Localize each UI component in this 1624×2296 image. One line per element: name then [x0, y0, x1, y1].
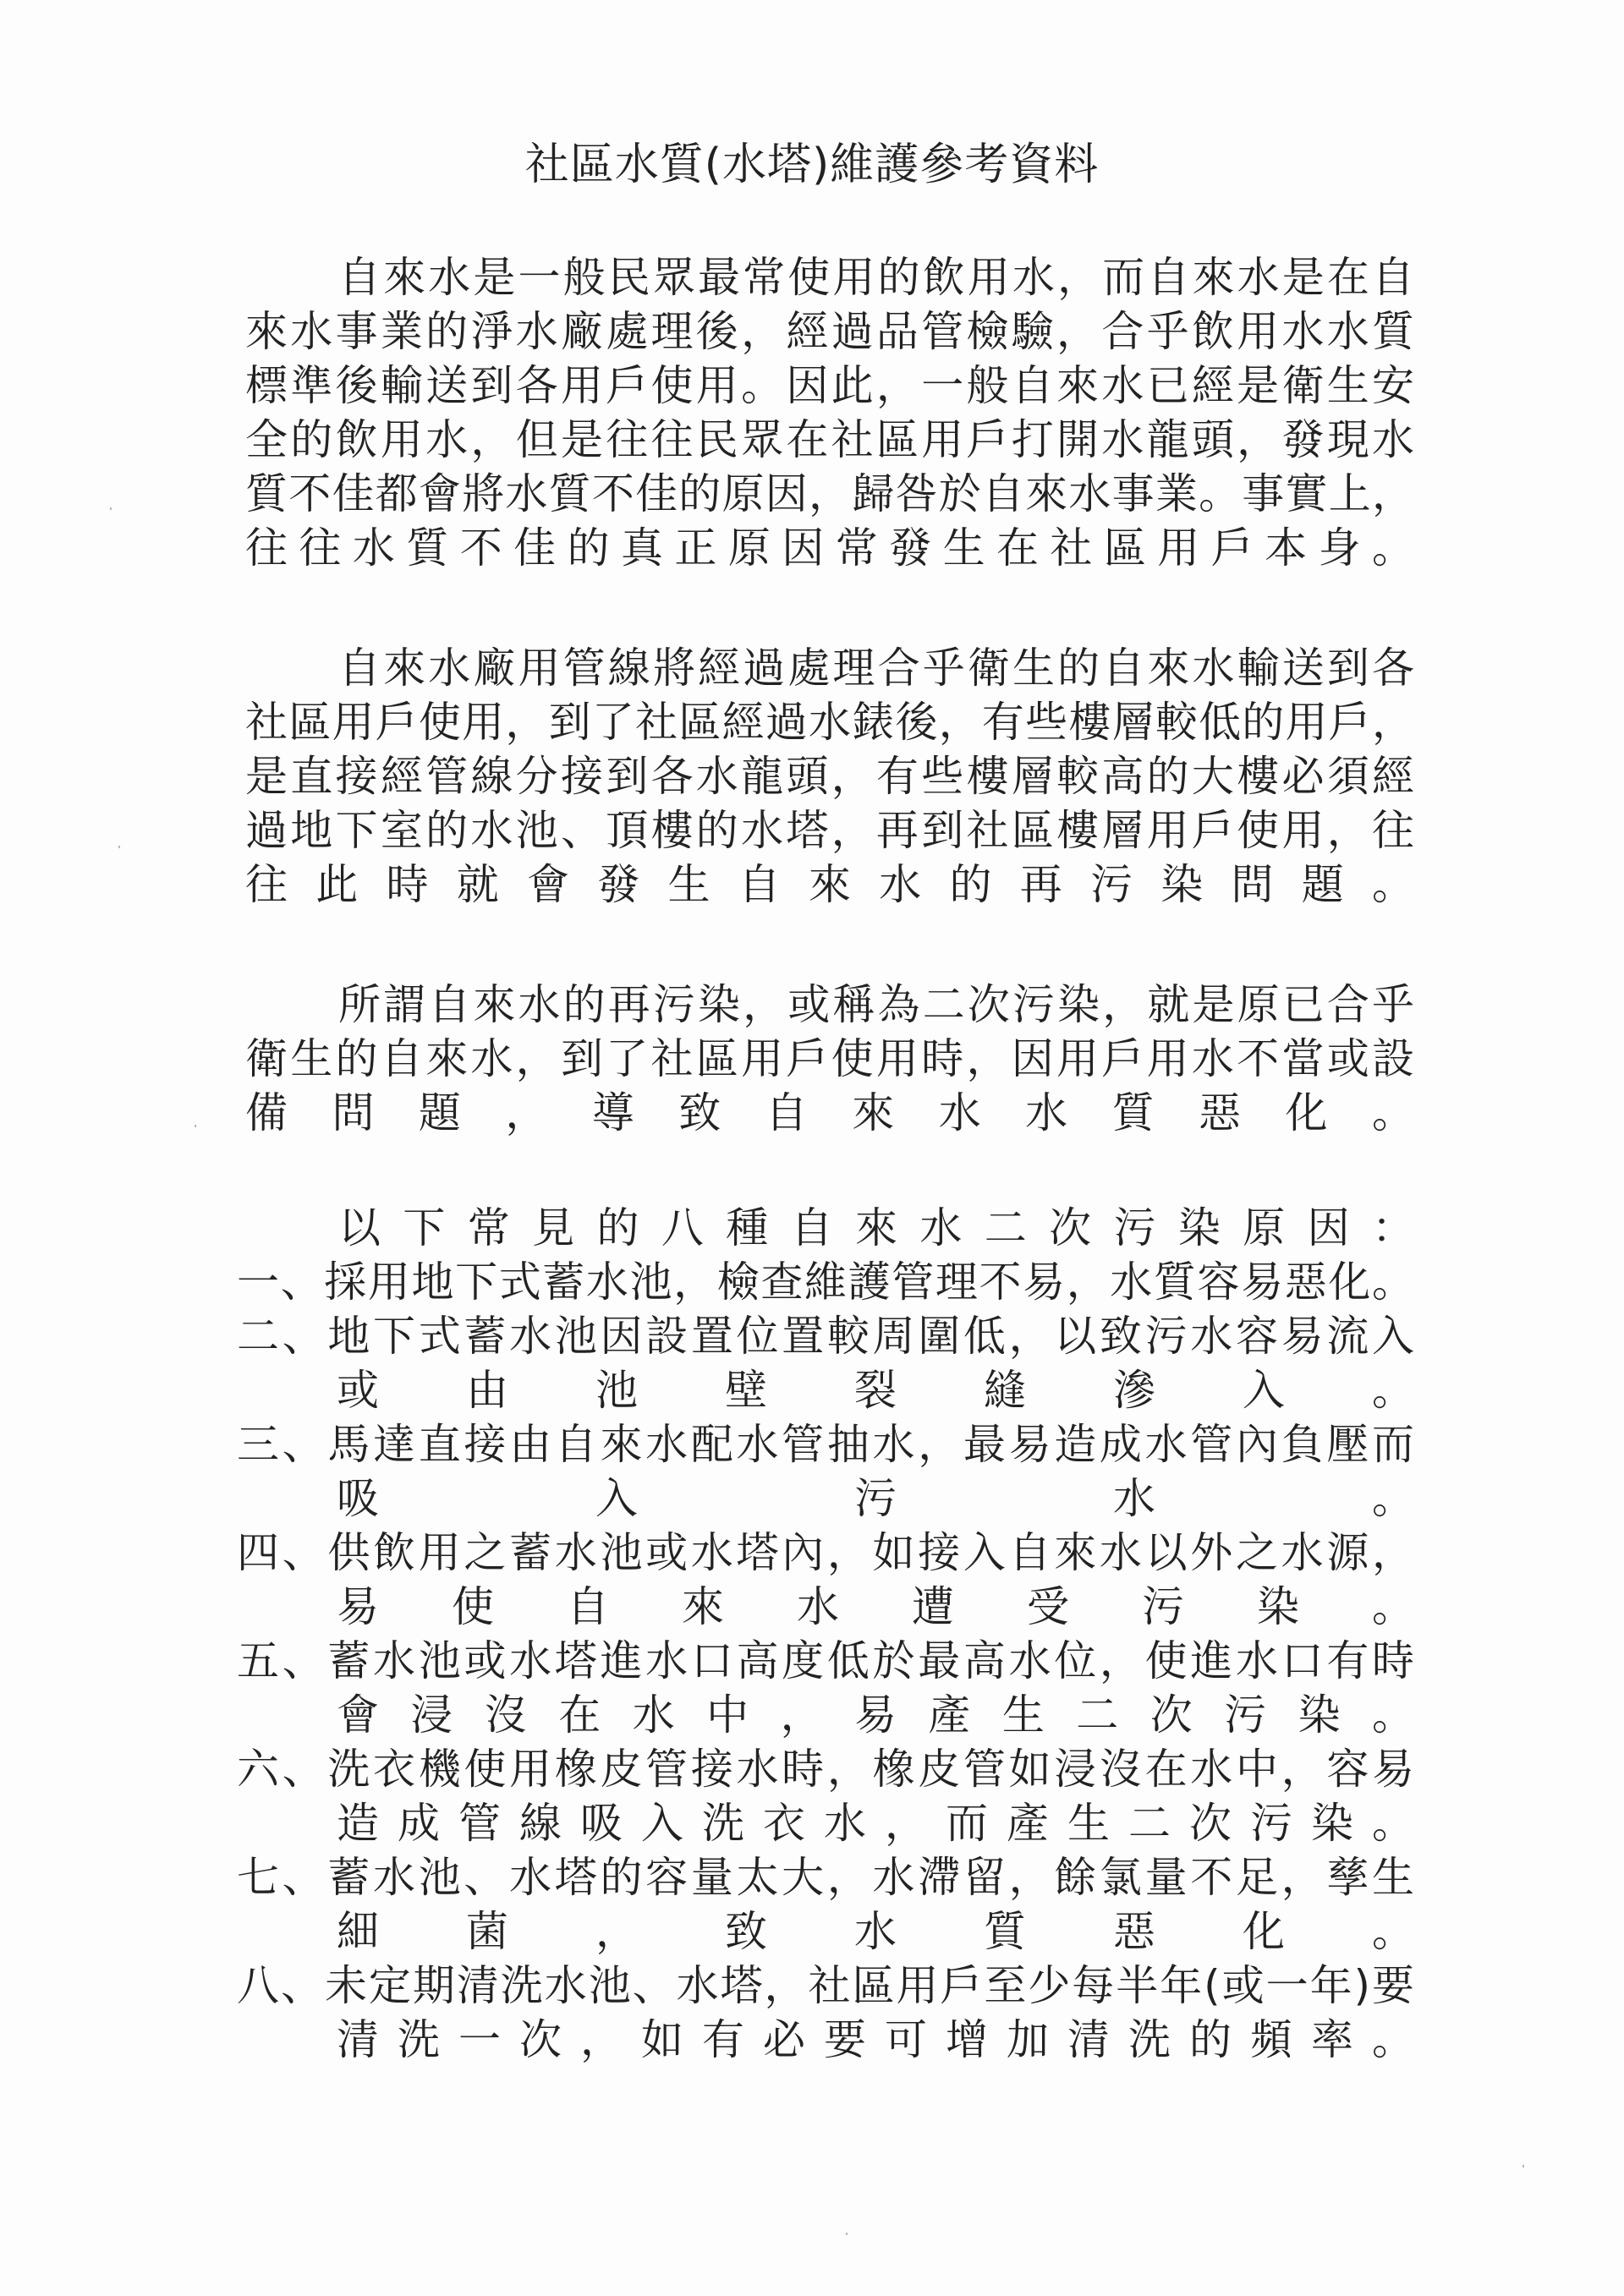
paragraph-2-line: 往此時就會發生自來水的再污染問題。 — [245, 859, 1414, 910]
cause-text: 採用地下式蓄水池，檢查維護管理不易，水質容易惡化。 — [324, 1258, 1414, 1307]
cause-item-3: 三、馬達直接由自來水配水管抽水，最易造成水管內負壓而 — [237, 1419, 1414, 1470]
cause-number: 八、 — [237, 1961, 325, 2010]
paragraph-2-line: 社區用戶使用，到了社區經過水錶後，有些樓層較低的用戶， — [245, 697, 1414, 748]
cause-number: 六、 — [237, 1745, 327, 1794]
paragraph-3-line: 備問題，導致自來水水質惡化。 — [245, 1088, 1414, 1138]
cause-text: 未定期清洗水池、水塔，社區用戶至少每半年(或一年)要 — [325, 1961, 1414, 2010]
scan-speck — [1522, 2165, 1524, 2167]
cause-item-7: 七、蓄水池、水塔的容量太大，水滯留，餘氯量不足，孳生 — [237, 1852, 1414, 1903]
cause-item-4-continued: 易使自來水遭受污染。 — [337, 1581, 1414, 1632]
paragraph-1-line: 全的飲用水，但是往往民眾在社區用戶打開水龍頭，發現水 — [245, 414, 1414, 465]
scanned-document-page: 社區水質(水塔)維護參考資料 自來水是一般民眾最常使用的飲用水，而自來水是在自 … — [0, 0, 1624, 2296]
cause-number: 四、 — [237, 1528, 327, 1577]
cause-item-1: 一、採用地下式蓄水池，檢查維護管理不易，水質容易惡化。 — [237, 1257, 1414, 1307]
paragraph-1-line: 往往水質不佳的真正原因常發生在社區用戶本身。 — [245, 523, 1414, 573]
cause-number: 五、 — [237, 1636, 327, 1685]
cause-number: 二、 — [237, 1312, 327, 1361]
cause-item-7-continued: 細菌，致水質惡化。 — [337, 1906, 1414, 1957]
cause-item-6-continued: 造成管線吸入洗衣水，而產生二次污染。 — [337, 1798, 1414, 1849]
paragraph-1-line: 質不佳都會將水質不佳的原因，歸咎於自來水事業。事實上， — [245, 469, 1414, 519]
cause-text: 馬達直接由自來水配水管抽水，最易造成水管內負壓而 — [327, 1420, 1414, 1469]
cause-item-5-continued: 會浸沒在水中，易產生二次污染。 — [337, 1690, 1414, 1740]
cause-item-5: 五、蓄水池或水塔進水口高度低於最高水位，使進水口有時 — [237, 1636, 1414, 1686]
paragraph-2-line: 自來水廠用管線將經過處理合乎衛生的自來水輸送到各 — [338, 643, 1414, 693]
cause-item-8-continued: 清洗一次，如有必要可增加清洗的頻率。 — [337, 2014, 1414, 2065]
cause-item-6: 六、洗衣機使用橡皮管接水時，橡皮管如浸沒在水中，容易 — [237, 1744, 1414, 1795]
paragraph-2-line: 是直接經管線分接到各水龍頭，有些樓層較高的大樓必須經 — [245, 751, 1414, 802]
cause-item-4: 四、供飲用之蓄水池或水塔內，如接入自來水以外之水源， — [237, 1527, 1414, 1578]
paragraph-2-line: 過地下室的水池、頂樓的水塔，再到社區樓層用戶使用，往 — [245, 805, 1414, 856]
cause-number: 三、 — [237, 1420, 327, 1469]
paragraph-1-line: 來水事業的淨水廠處理後，經過品管檢驗，合乎飲用水水質 — [245, 306, 1414, 357]
scan-speck — [110, 507, 112, 510]
cause-text: 洗衣機使用橡皮管接水時，橡皮管如浸沒在水中，容易 — [327, 1745, 1414, 1794]
cause-item-8: 八、未定期清洗水池、水塔，社區用戶至少每半年(或一年)要 — [237, 1960, 1414, 2011]
scan-speck — [846, 2233, 848, 2235]
cause-text: 地下式蓄水池因設置位置較周圍低，以致污水容易流入 — [327, 1312, 1414, 1361]
cause-item-2-continued: 或由池壁裂縫滲入。 — [337, 1365, 1414, 1416]
cause-text: 蓄水池或水塔進水口高度低於最高水位，使進水口有時 — [327, 1636, 1414, 1685]
paragraph-1-line: 自來水是一般民眾最常使用的飲用水，而自來水是在自 — [338, 252, 1414, 303]
cause-item-3-continued: 吸入污水。 — [337, 1473, 1414, 1524]
scan-speck — [118, 846, 120, 848]
paragraph-3-line: 衛生的自來水，到了社區用戶使用時，因用戶用水不當或設 — [245, 1033, 1414, 1084]
list-intro: 以下常見的八種自來水二次污染原因： — [338, 1203, 1414, 1253]
cause-text: 供飲用之蓄水池或水塔內，如接入自來水以外之水源， — [327, 1528, 1414, 1577]
paragraph-1-line: 標準後輸送到各用戶使用。因此，一般自來水已經是衛生安 — [245, 360, 1414, 411]
cause-text: 蓄水池、水塔的容量太大，水滯留，餘氯量不足，孳生 — [327, 1853, 1414, 1902]
cause-number: 七、 — [237, 1853, 327, 1902]
paragraph-3-line: 所謂自來水的再污染，或稱為二次污染，就是原已合乎 — [338, 979, 1414, 1030]
document-title: 社區水質(水塔)維護參考資料 — [0, 135, 1624, 195]
scan-speck — [195, 1125, 196, 1127]
cause-item-2: 二、地下式蓄水池因設置位置較周圍低，以致污水容易流入 — [237, 1311, 1414, 1362]
cause-number: 一、 — [237, 1258, 324, 1307]
